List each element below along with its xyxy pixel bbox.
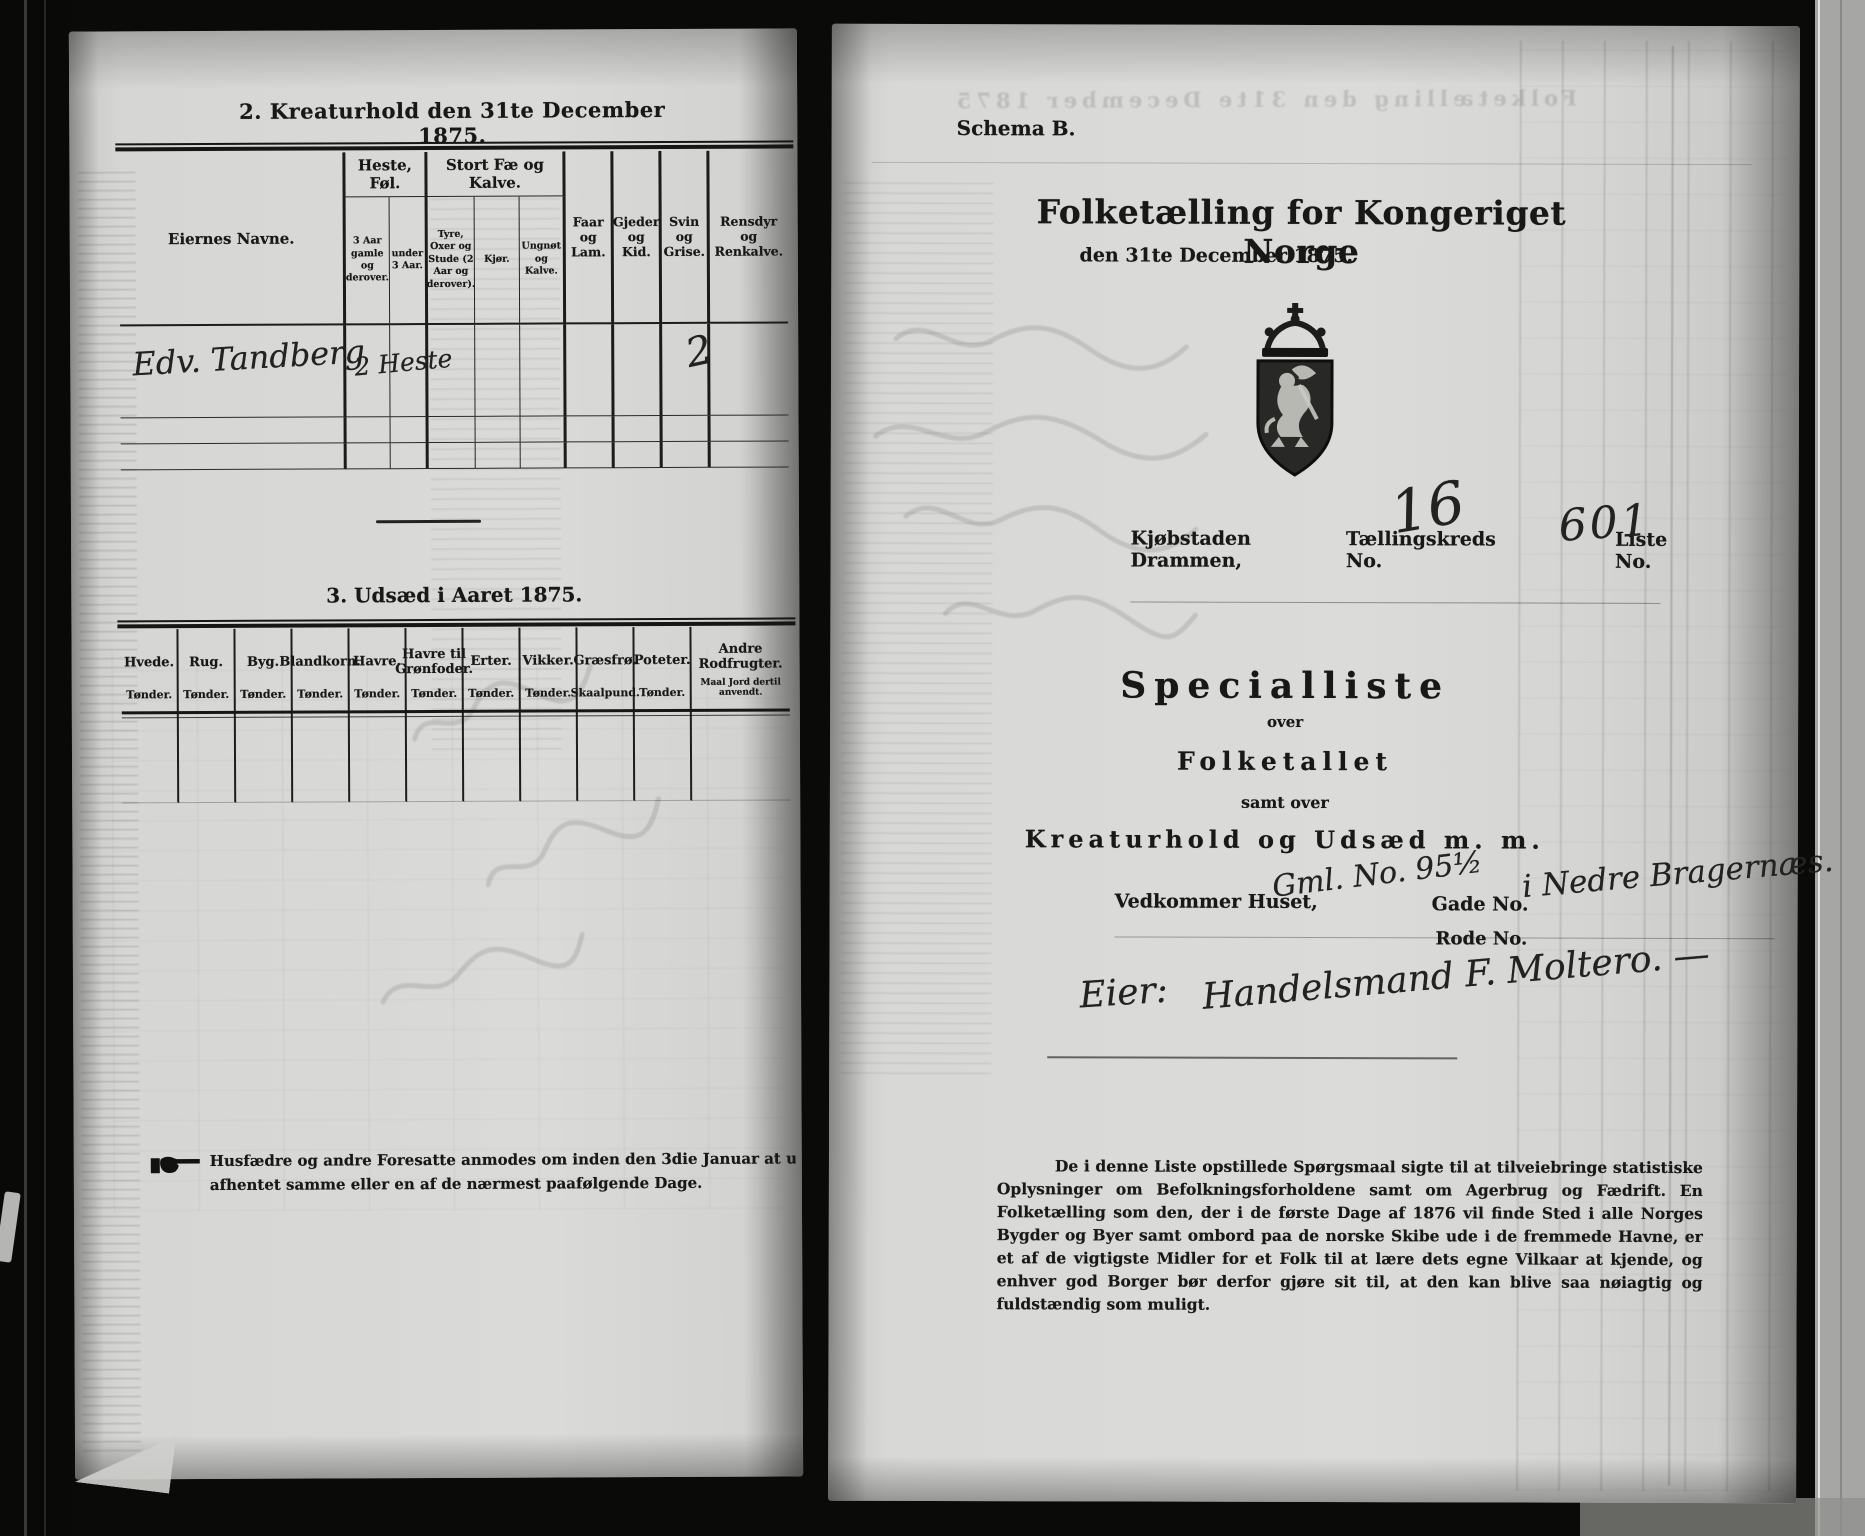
column-group-heste: Heste, Føl. (345, 152, 427, 197)
footnote: Husfædre og andre Foresatte anmodes om i… (210, 1146, 796, 1197)
table-cell (663, 442, 711, 468)
column-header-poteter: Poteter.Tønder. (634, 627, 691, 709)
footnote-line1: Husfædre og andre Foresatte anmodes om i… (210, 1146, 796, 1173)
bleedthrough-handwriting (939, 577, 1202, 651)
book-spine-left (0, 0, 72, 1536)
bleedthrough-handwriting (369, 912, 597, 1028)
table-cell (121, 417, 347, 444)
scanned-census-book: 2. Kreaturhold den 31te December 1875. E… (0, 0, 1865, 1536)
column-group-stort-fae: Stort Fæ og Kalve. (427, 151, 565, 197)
handwritten-eier-label: Eier: (1078, 970, 1169, 1017)
table-cell (520, 324, 566, 416)
page-edge-streak (24, 0, 27, 1536)
column-header-vikker: Vikker.Tønder. (520, 627, 577, 709)
bleedthrough-handwriting (889, 304, 1193, 386)
table-cell (475, 325, 520, 417)
page-edge-streak (1818, 0, 1820, 1536)
over-word: over (1035, 712, 1535, 731)
table-cell (464, 710, 521, 802)
column-header-hvede: Hvede.Tønder. (121, 629, 178, 711)
page-edge-streak (1840, 0, 1842, 1536)
form-date-line: den 31te December 1875. (1061, 244, 1371, 267)
table-cell (476, 417, 521, 443)
table-cell (566, 324, 614, 416)
samt-over-word: samt over (1035, 792, 1535, 812)
page-edge-streak (44, 0, 46, 1536)
schema-label: Schema B. (957, 116, 1076, 140)
right-page: Folketælling den 31te December 1875 Sche… (828, 24, 1800, 1504)
column-header-graesfro: Græsfrø.Skaalpund. (577, 627, 634, 709)
table-cell (347, 417, 391, 443)
footnote-line2: afhentet samme eller en af de nærmest pa… (210, 1170, 796, 1197)
table-cell (347, 443, 391, 469)
bleedthrough-handwriting (870, 398, 1212, 471)
table-cell (429, 443, 476, 469)
kreaturhold-table: Eiernes Navne. Heste, Føl. Stort Fæ og K… (119, 150, 788, 470)
subheader-tyre-oxer: Tyre, Oxer og Stude (2 Aar og derover). (428, 197, 476, 325)
table-cell (476, 443, 521, 469)
column-header-blandkorn: Blandkorn.Tønder. (292, 628, 349, 710)
column-header-andre-rodfrugter: Andre Rodfrugter.Maal Jord dertil anvend… (691, 626, 789, 708)
table-cell (521, 416, 567, 442)
instruction-paragraph: De i denne Liste opstillede Spørgsmaal s… (997, 1154, 1703, 1317)
table-cell (663, 416, 711, 442)
table-cell (711, 441, 789, 467)
left-page: 2. Kreaturhold den 31te December 1875. E… (69, 28, 803, 1479)
norway-coat-of-arms (1241, 301, 1349, 487)
table-cell (179, 711, 236, 803)
table-cell (692, 708, 790, 800)
column-header-svin-og-grise: Svin og Grise. (661, 151, 710, 324)
table-cell (614, 324, 662, 416)
udsaed-table-title: 3. Udsæd i Aaret 1875. (304, 582, 604, 607)
table-cell (391, 417, 429, 443)
kreaturhold-udsaed-title: Kreaturhold og Udsæd m. m. (985, 824, 1585, 855)
handwritten-taellingskreds-number: 16 (1385, 467, 1469, 547)
subheader-heste-under3: under 3 Aar. (390, 197, 429, 325)
handwritten-liste-number: 601 (1557, 495, 1653, 552)
table-cell (236, 711, 293, 803)
column-header-rug: Rug.Tønder. (178, 629, 235, 711)
table-cell (567, 416, 615, 442)
table-cell (615, 442, 663, 468)
eier-underline (1047, 1056, 1457, 1059)
city-label: Kjøbstaden Drammen, (1131, 528, 1320, 572)
table-cell (521, 709, 578, 801)
bleedthrough-rule (872, 162, 1752, 165)
baseline-rule (1130, 602, 1660, 604)
subheader-kjoer: Kjør. (475, 197, 521, 325)
table-cell (578, 709, 635, 801)
column-header-eiernes-navne: Eiernes Navne. (119, 152, 346, 326)
gade-no-label: Gade No. (1432, 893, 1529, 915)
udsaed-table: Hvede.Tønder. Rug.Tønder. Byg.Tønder. Bl… (121, 626, 790, 803)
subheader-ungnot-kalve: Ungnøt og Kalve. (520, 196, 567, 324)
column-header-havre-gronfoder: Havre til Grønfoder.Tønder. (406, 628, 463, 710)
column-header-erter: Erter.Tønder. (463, 628, 520, 710)
rode-no-label: Rode No. (1436, 928, 1528, 949)
table-cell (521, 442, 567, 468)
specialliste-title: Specialliste (1035, 664, 1535, 707)
table-cell (711, 415, 789, 441)
page-stack-edge-bottom (1580, 1498, 1865, 1536)
bleedthrough-mirrored-title: Folketælling den 31te December 1875 (952, 86, 1577, 114)
table-cell (391, 443, 429, 469)
table-cell (350, 710, 407, 802)
table-cell (615, 416, 663, 442)
pointing-hand-icon (150, 1153, 202, 1179)
column-header-rensdyr: Rensdyr og Renkalve. (709, 150, 788, 323)
table-cell (407, 710, 464, 802)
table-cell (121, 443, 347, 470)
table-cell (567, 442, 615, 468)
column-header-gjeder-og-kid: Gjeder og Kid. (613, 151, 662, 324)
subheader-heste-3aar: 3 Aar gamle og derover. (346, 197, 391, 325)
section-divider-line (376, 520, 481, 523)
table-cell (293, 710, 350, 802)
table-cell (635, 709, 692, 801)
table-cell (429, 417, 476, 443)
table-cell (710, 323, 788, 415)
column-header-faar-og-lam: Faar og Lam. (565, 151, 614, 324)
folketallet-title: Folketallet (1035, 746, 1535, 776)
table-cell (122, 711, 179, 803)
